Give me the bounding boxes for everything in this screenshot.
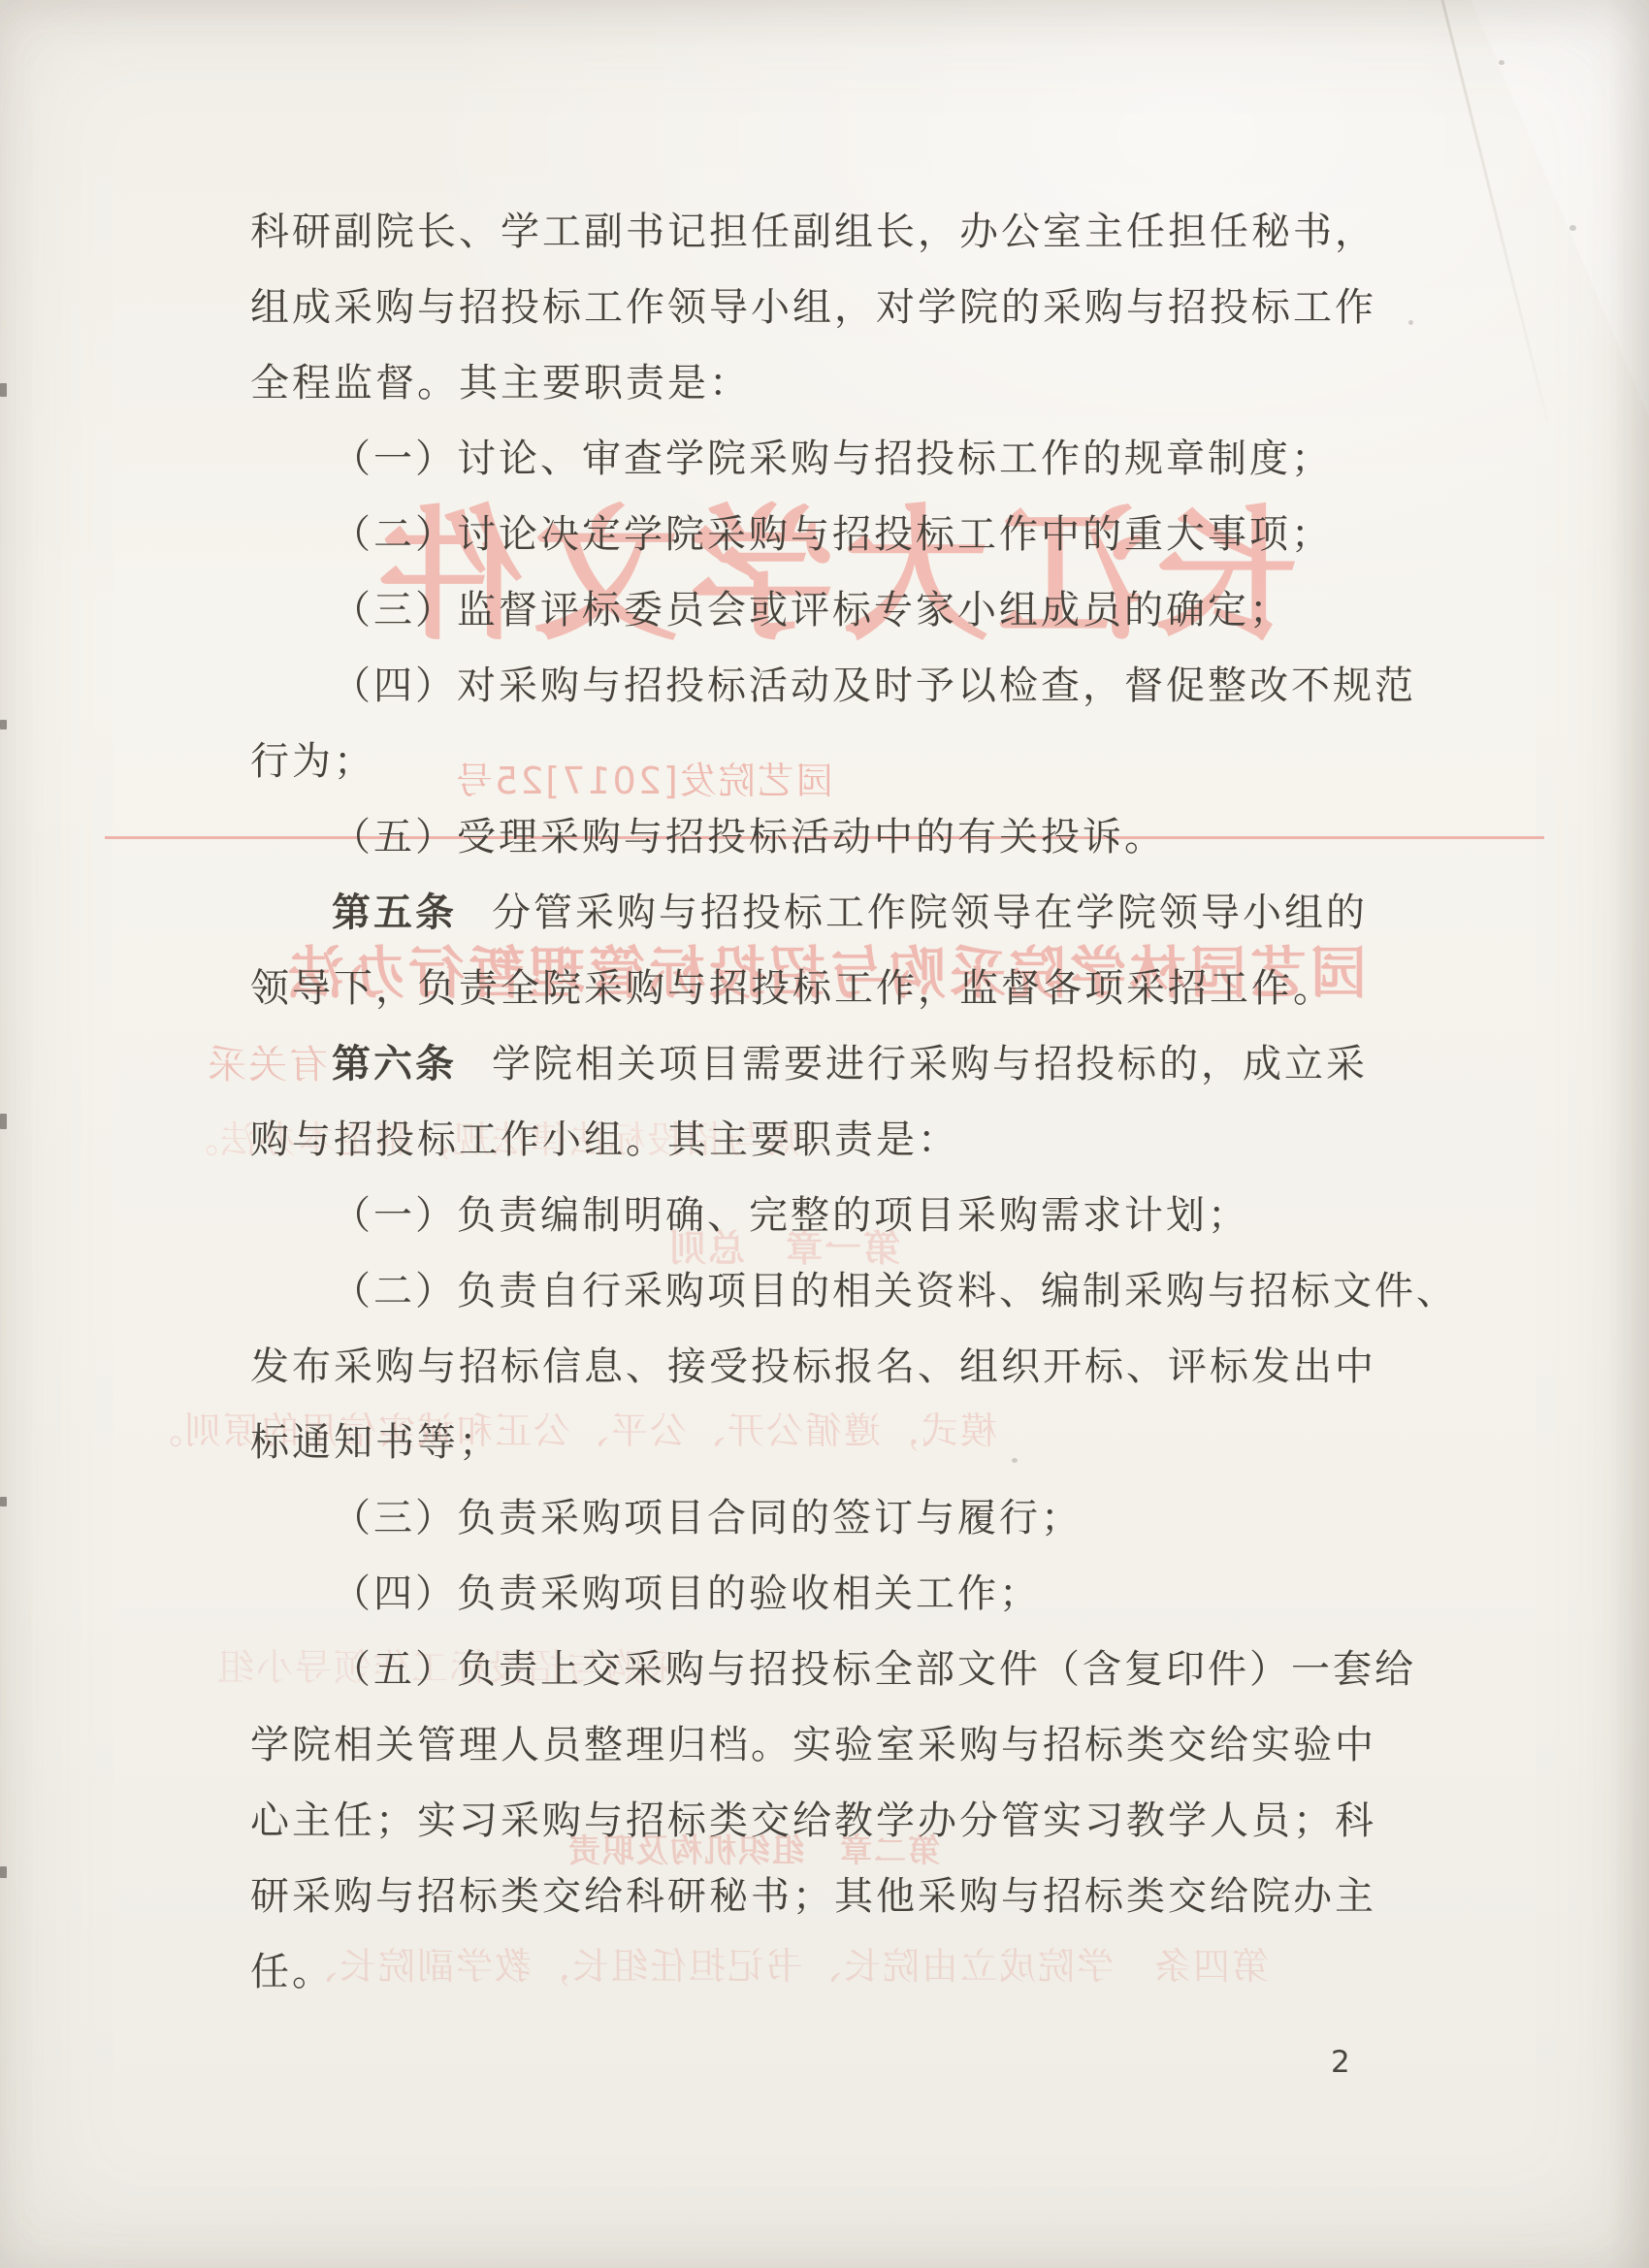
paper-speck	[1012, 1458, 1018, 1463]
text-line: （四）对采购与招投标活动及时予以检查，督促整改不规范	[250, 648, 1424, 724]
line-text: 标通知书等；	[250, 1420, 501, 1465]
document-text: 科研副院长、学工副书记担任副组长，办公室主任担任秘书，组成采购与招投标工作领导小…	[250, 194, 1424, 2010]
text-line: 学院相关管理人员整理归档。实验室采购与招标类交给实验中	[250, 1707, 1424, 1783]
line-text: 科研副院长、学工副书记担任副组长，办公室主任担任秘书，	[250, 210, 1376, 254]
line-text: （三）负责采购项目合同的签订与履行；	[332, 1496, 1083, 1540]
line-text: 领导下，负责全院采购与招投标工作，监督各项采招工作。	[250, 966, 1335, 1011]
text-line: （三）负责采购项目合同的签订与履行；	[250, 1480, 1424, 1556]
text-line: 标通知书等；	[250, 1405, 1424, 1480]
text-line: （一）负责编制明确、完整的项目采购需求计划；	[250, 1178, 1424, 1253]
line-text: 行为；	[250, 739, 375, 784]
text-line: 第六条学院相关项目需要进行采购与招投标的，成立采	[250, 1026, 1424, 1102]
text-line: 发布采购与招标信息、接受投标报名、组织开标、评标发出中	[250, 1329, 1424, 1405]
line-text: （二）讨论决定学院采购与招投标工作中的重大事项；	[332, 512, 1333, 557]
line-text: 学院相关项目需要进行采购与招投标的，成立采	[492, 1042, 1368, 1086]
edge-mark	[0, 1497, 7, 1507]
line-text: 发布采购与招标信息、接受投标报名、组织开标、评标发出中	[250, 1345, 1376, 1389]
text-line: （五）受理采购与招投标活动中的有关投诉。	[250, 799, 1424, 875]
text-line: 第五条分管采购与招投标工作院领导在学院领导小组的	[250, 875, 1424, 951]
article-number: 第六条	[332, 1042, 457, 1086]
paper-speck	[1569, 225, 1576, 231]
line-text: （五）负责上交采购与招投标全部文件（含复印件）一套给	[332, 1647, 1416, 1692]
text-line: （四）负责采购项目的验收相关工作；	[250, 1556, 1424, 1632]
text-line: 心主任；实习采购与招标类交给教学办分管实习教学人员；科	[250, 1783, 1424, 1859]
text-line: 行为；	[250, 724, 1424, 799]
article-number: 第五条	[332, 891, 457, 935]
line-text: 组成采购与招投标工作领导小组，对学院的采购与招投标工作	[250, 285, 1376, 330]
text-line: 任。	[250, 1934, 1424, 2010]
edge-mark	[0, 720, 7, 729]
line-text: （四）对采购与招投标活动及时予以检查，督促整改不规范	[332, 664, 1416, 708]
line-text: （一）负责编制明确、完整的项目采购需求计划；	[332, 1193, 1249, 1238]
line-text: （一）讨论、审查学院采购与招投标工作的规章制度；	[332, 437, 1333, 481]
text-line: 领导下，负责全院采购与招投标工作，监督各项采招工作。	[250, 951, 1424, 1026]
line-text: 全程监督。其主要职责是：	[250, 361, 751, 405]
line-text: 购与招投标工作小组。其主要职责是：	[250, 1118, 959, 1162]
edge-mark	[0, 383, 7, 397]
text-line: 购与招投标工作小组。其主要职责是：	[250, 1102, 1424, 1178]
line-text: （三）监督评标委员会或评标专家小组成员的确定；	[332, 588, 1291, 632]
text-line: （三）监督评标委员会或评标专家小组成员的确定；	[250, 572, 1424, 648]
edge-mark	[0, 1866, 7, 1878]
text-line: （一）讨论、审查学院采购与招投标工作的规章制度；	[250, 421, 1424, 497]
paper-speck	[1499, 60, 1504, 65]
text-line: 研采购与招标类交给科研秘书；其他采购与招标类交给院办主	[250, 1859, 1424, 1934]
page-number: 2	[1331, 2045, 1350, 2080]
line-text: （四）负责采购项目的验收相关工作；	[332, 1571, 1041, 1616]
scanned-document-page: 长江大学文件 园艺院发[2017]25号 园艺园林学院采购与招投标管理暂行办法 …	[0, 0, 1649, 2268]
line-text: 分管采购与招投标工作院领导在学院领导小组的	[492, 891, 1368, 935]
text-line: （二）负责自行采购项目的相关资料、编制采购与招标文件、	[250, 1253, 1424, 1329]
text-line: 科研副院长、学工副书记担任副组长，办公室主任担任秘书，	[250, 194, 1424, 270]
line-text: 任。	[250, 1950, 334, 1994]
right-edge-shadow	[1608, 0, 1649, 2268]
line-text: （二）负责自行采购项目的相关资料、编制采购与招标文件、	[332, 1269, 1458, 1313]
paper-speck	[1408, 320, 1413, 325]
edge-mark	[0, 1114, 7, 1129]
text-line: （五）负责上交采购与招投标全部文件（含复印件）一套给	[250, 1632, 1424, 1707]
text-line: （二）讨论决定学院采购与招投标工作中的重大事项；	[250, 497, 1424, 572]
line-text: （五）受理采购与招投标活动中的有关投诉。	[332, 815, 1166, 859]
text-line: 组成采购与招投标工作领导小组，对学院的采购与招投标工作	[250, 270, 1424, 345]
line-text: 研采购与招标类交给科研秘书；其他采购与招标类交给院办主	[250, 1874, 1376, 1919]
text-line: 全程监督。其主要职责是：	[250, 345, 1424, 421]
line-text: 心主任；实习采购与招标类交给教学办分管实习教学人员；科	[250, 1798, 1376, 1843]
line-text: 学院相关管理人员整理归档。实验室采购与招标类交给实验中	[250, 1723, 1376, 1767]
